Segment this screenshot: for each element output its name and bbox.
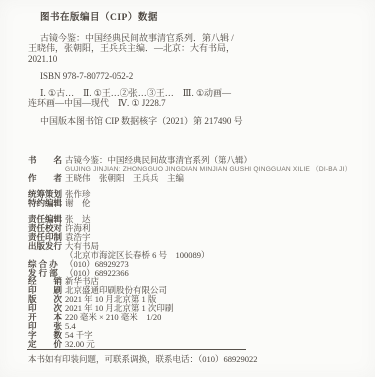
colophon-row: 作 者 王晓伟 张朝阳 王兵兵 主编	[28, 174, 365, 183]
colophon-row-value-text: 王晓伟 张朝阳 王兵兵 主编	[65, 173, 184, 183]
cip-description-line: 古镜今鉴：中国经典民间故事清官系列．第八辑 /	[40, 33, 365, 44]
colophon-row-label: 书 名	[28, 156, 65, 165]
colophon-section: 书 名 古镜今鉴：中国经典民间故事清官系列（第八辑） GUJING JINJIA…	[28, 156, 365, 349]
colophon-row-label: 出版发行	[28, 242, 65, 251]
footer-note: 本书如有印装问题，可联系调换，联系电话：（010）68929022	[28, 354, 365, 365]
colophon-row-value: 32.00 元	[65, 340, 365, 349]
cip-classification: Ⅰ. ①古… Ⅱ. ①王…②张…③王… Ⅲ. ①动画— 连环画—中国—现代 Ⅳ.…	[28, 88, 365, 109]
colophon-row: 特约编辑 谢 伦	[28, 199, 365, 208]
colophon-row-value: 54 千字	[65, 331, 365, 340]
isbn-line: ISBN 978-7-80772-052-2	[40, 71, 365, 82]
cip-record-number: 中国版本图书馆 CIP 数据核字（2021）第 217490 号	[40, 116, 365, 127]
colophon-row-value: 大有书局 （北京市海淀区长春桥 6 号 100089）	[65, 242, 365, 260]
footer-divider	[27, 349, 246, 350]
cip-description: 古镜今鉴：中国经典民间故事清官系列．第八辑 / 王晓伟，张朝阳，王兵兵主编．—北…	[28, 33, 365, 65]
colophon-row-value: 张 达	[65, 215, 365, 224]
colophon-row-value: 谢 伦	[65, 199, 365, 208]
colophon-row-label: 作 者	[28, 174, 65, 183]
colophon-row: 开 本 220 毫米 × 210 毫米 1/20	[28, 313, 365, 322]
colophon-row: 定 价 32.00 元	[28, 340, 365, 349]
colophon-row-value-text: 220 毫米 × 210 毫米 1/20	[65, 312, 161, 322]
cip-description-line: 2021.10	[28, 54, 365, 65]
colophon-row-value: 袁浩宇	[65, 233, 365, 242]
colophon-row-value: （010）68922366	[65, 269, 365, 278]
colophon-row-value: 许海利	[65, 224, 365, 233]
colophon-row-value: 王晓伟 张朝阳 王兵兵 主编	[65, 174, 365, 183]
colophon-row: 书 名 古镜今鉴：中国经典民间故事清官系列（第八辑） GUJING JINJIA…	[28, 156, 365, 174]
colophon-row-value: 220 毫米 × 210 毫米 1/20	[65, 313, 365, 322]
colophon-row-value: 5.4	[65, 322, 365, 331]
colophon-row-value: 张作珍	[65, 190, 365, 199]
colophon-row-label: 定 价	[28, 340, 65, 349]
colophon-row: 出版发行 大有书局 （北京市海淀区长春桥 6 号 100089）	[28, 242, 365, 260]
colophon-row-value-text: 32.00 元	[65, 339, 95, 349]
colophon-row-value-text: 谢 伦	[65, 198, 91, 208]
cip-heading: 图书在版编目（CIP）数据	[40, 13, 365, 24]
colophon-row-value-text: 古镜今鉴：中国经典民间故事清官系列（第八辑）	[65, 155, 252, 165]
cip-description-line: 王晓伟，张朝阳，王兵兵主编．—北京：大有书局，	[28, 43, 365, 54]
cip-section: 图书在版编目（CIP）数据 古镜今鉴：中国经典民间故事清官系列．第八辑 / 王晓…	[28, 13, 365, 126]
copyright-page: 图书在版编目（CIP）数据 古镜今鉴：中国经典民间故事清官系列．第八辑 / 王晓…	[0, 0, 375, 377]
colophon-row-label: 特约编辑	[28, 199, 65, 208]
cip-classification-line: 连环画—中国—现代 Ⅳ. ① J228.7	[28, 98, 365, 109]
colophon-row-value: 古镜今鉴：中国经典民间故事清官系列（第八辑） GUJING JINJIAN: Z…	[65, 156, 365, 174]
cip-classification-line: Ⅰ. ①古… Ⅱ. ①王…②张…③王… Ⅲ. ①动画—	[40, 88, 365, 99]
